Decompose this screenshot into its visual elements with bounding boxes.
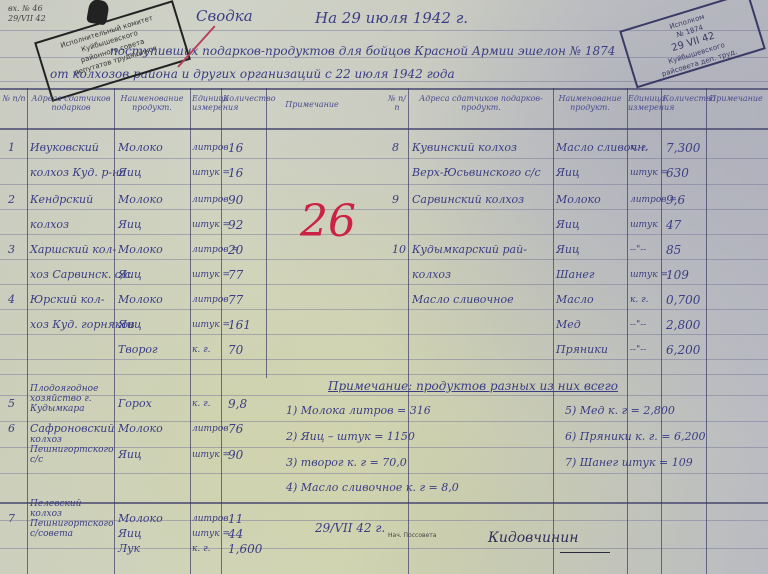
- cell-no: 8: [392, 142, 399, 154]
- cell-unit: к. г.: [630, 142, 649, 154]
- cell-unit: --"--: [630, 244, 646, 256]
- cell-unit: штук =: [192, 319, 230, 331]
- cell-qty: 1,600: [228, 543, 262, 555]
- cell-unit: штук =: [192, 449, 230, 461]
- cell-address: Плодоягодное хозяйство г. Кудымкара: [30, 384, 112, 414]
- cell-unit: литров: [192, 423, 228, 435]
- cell-no: 10: [392, 244, 406, 256]
- cell-product: Яиц: [118, 269, 142, 281]
- printed-title-label: Нач. Поссовета: [388, 532, 436, 539]
- cell-product: Молоко: [118, 194, 163, 206]
- cell-address: Ивуковский: [30, 142, 99, 154]
- cell-address: колхоз: [30, 219, 69, 231]
- cell-unit: --"--: [630, 319, 646, 331]
- cell-product: Яиц: [118, 167, 142, 179]
- cell-no: 2: [8, 194, 15, 206]
- cell-qty: 16: [228, 142, 243, 154]
- cell-product: Яиц: [556, 219, 580, 231]
- cell-address: Кувинский колхоз: [412, 142, 517, 154]
- cell-qty: 630: [666, 167, 689, 179]
- cell-unit: штук =: [192, 528, 230, 540]
- cell-unit: к. г.: [192, 398, 211, 410]
- cell-product: Молоко: [118, 142, 163, 154]
- cell-unit: литров: [192, 194, 228, 206]
- cell-unit: штук =: [192, 269, 230, 281]
- signature-flourish: [560, 552, 610, 553]
- cell-no: 3: [8, 244, 15, 256]
- cell-address: Кудымкарский рай-: [412, 244, 527, 256]
- cell-address: Пелевский колхоз Пешнигортского с/совета: [30, 499, 112, 539]
- signature: Кидовчинин: [488, 532, 579, 544]
- cell-product: Мед: [556, 319, 581, 331]
- footer-date: 29/VII 42 г.: [315, 522, 385, 534]
- cell-qty: 47: [666, 219, 681, 231]
- cell-qty: 92: [228, 219, 243, 231]
- cell-address: Сарвинский колхоз: [412, 194, 524, 206]
- cell-product: Шанег: [556, 269, 594, 281]
- cell-unit: штук =: [630, 269, 668, 281]
- cell-product: Яиц: [118, 449, 142, 461]
- cell-qty: 76: [228, 423, 243, 435]
- cell-product: Творог: [118, 344, 158, 356]
- cell-product: Лук: [118, 543, 140, 555]
- cell-unit: литров: [192, 294, 228, 306]
- cell-product: Яиц: [118, 319, 142, 331]
- cell-product: Яиц: [556, 167, 580, 179]
- cell-address: Харшский кол-: [30, 244, 116, 256]
- incoming-number-note: вх. № 46 29/VII 42: [8, 4, 46, 24]
- registration-stamp: Исполком № 1874 29 VII 42 Куйбышевского …: [619, 0, 766, 88]
- cell-product: Молоко: [556, 194, 601, 206]
- cell-product: Молоко: [118, 423, 163, 435]
- cell-qty: 85: [666, 244, 681, 256]
- cell-address: колхоз Пешнигортского с/с: [30, 435, 112, 465]
- red-page-number: 26: [300, 200, 356, 244]
- cell-unit: литров: [192, 513, 228, 525]
- cell-unit: штук =: [192, 219, 230, 231]
- cell-unit: штук: [630, 219, 658, 231]
- cell-product: Молоко: [118, 294, 163, 306]
- cell-qty: 70: [228, 344, 243, 356]
- cell-unit: штук =: [630, 167, 668, 179]
- cell-qty: 90: [228, 449, 243, 461]
- cell-qty: 6,200: [666, 344, 700, 356]
- cell-qty: 90: [228, 194, 243, 206]
- document-title: Сводка: [196, 10, 253, 22]
- document-date: На 29 июля 1942 г.: [315, 12, 468, 24]
- cell-no: 5: [8, 398, 15, 410]
- cell-address: хоз Сарвинск. с/с: [30, 269, 131, 281]
- cell-no: 1: [8, 142, 15, 154]
- cell-address: Юрский кол-: [30, 294, 104, 306]
- cell-unit: к. г.: [192, 344, 211, 356]
- cell-unit: штук =: [192, 167, 230, 179]
- cell-product: Пряники: [556, 344, 608, 356]
- cell-address: Сафроновский: [30, 423, 114, 435]
- cell-address: колхоз Куд. р-на: [30, 167, 126, 179]
- cell-no: 4: [8, 294, 15, 306]
- cell-address: Кендрский: [30, 194, 93, 206]
- cell-qty: 0,700: [666, 294, 700, 306]
- cell-unit: к. г.: [192, 543, 211, 555]
- cell-product: Яиц: [118, 528, 142, 540]
- cell-address: Масло сливочное: [412, 294, 514, 306]
- cell-qty: 109: [666, 269, 689, 281]
- cell-product: Яиц: [118, 219, 142, 231]
- cell-qty: 44: [228, 528, 243, 540]
- cell-qty: 9,6: [666, 194, 685, 206]
- cell-product: Яиц: [556, 244, 580, 256]
- cell-qty: 16: [228, 167, 243, 179]
- cell-product: Горох: [118, 398, 152, 410]
- cell-qty: 161: [228, 319, 251, 331]
- cell-no: 6: [8, 423, 15, 435]
- cell-qty: 77: [228, 269, 243, 281]
- cell-qty: 7,300: [666, 142, 700, 154]
- cell-unit: литров: [192, 142, 228, 154]
- cell-product: Молоко: [118, 244, 163, 256]
- cell-address: Верх-Юсьвинского с/с: [412, 167, 541, 179]
- executive-committee-stamp: Исполнительный комитет Куйбышевского рай…: [34, 0, 191, 102]
- cell-qty: 20: [228, 244, 243, 256]
- cell-qty: 11: [228, 513, 243, 525]
- cell-qty: 9,8: [228, 398, 247, 410]
- cell-product: Молоко: [118, 513, 163, 525]
- cell-unit: к. г.: [630, 294, 649, 306]
- cell-product: Масло: [556, 294, 594, 306]
- cell-no: 9: [392, 194, 399, 206]
- cell-unit: --"--: [630, 344, 646, 356]
- cell-qty: 2,800: [666, 319, 700, 331]
- cell-qty: 77: [228, 294, 243, 306]
- summary-title: Примечание: продуктов разных из них всег…: [328, 380, 618, 392]
- cell-address: колхоз: [412, 269, 451, 281]
- cell-no: 7: [8, 513, 15, 525]
